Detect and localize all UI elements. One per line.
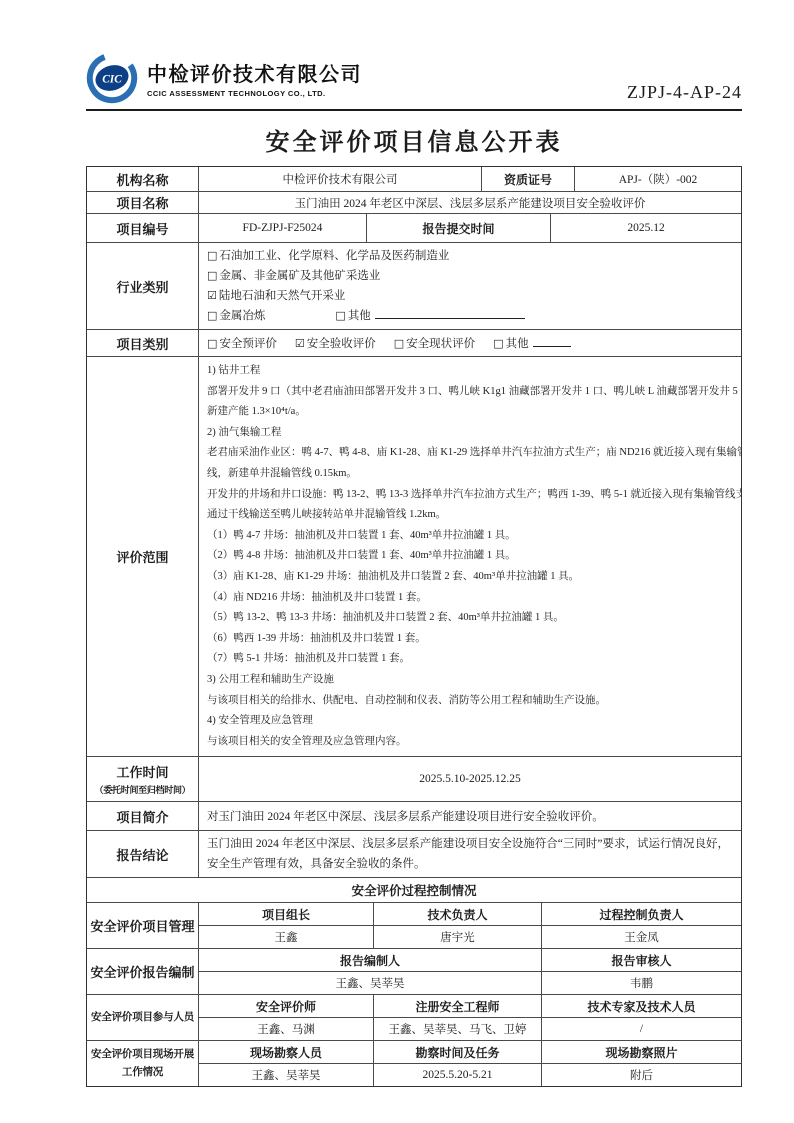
process-banner: 安全评价过程控制情况	[87, 878, 741, 902]
participants-label: 安全评价项目参与人员	[87, 995, 199, 1040]
person-name: /	[542, 1018, 741, 1040]
column-header: 现场勘察照片	[542, 1041, 741, 1063]
row-worktime: 工作时间 （委托时间至归档时间） 2025.5.10-2025.12.25	[87, 757, 741, 802]
row-project-no: 项目编号 FD-ZJPJ-F25024 报告提交时间 2025.12	[87, 214, 741, 243]
row-conclusion: 报告结论 玉门油田 2024 年老区中深层、浅层多层系产能建设项目安全设施符合“…	[87, 831, 741, 878]
worktime-label-main: 工作时间	[116, 762, 168, 781]
scope-line: 老君庙采油作业区：鸭 4-7、鸭 4-8、庙 K1-28、庙 K1-29 选择单…	[207, 443, 741, 464]
person-name: 王金凤	[542, 926, 741, 948]
checkbox-icon: □	[493, 337, 503, 350]
person-name: 王鑫、吴莘昊	[199, 972, 542, 994]
checkbox-icon: □	[394, 337, 404, 350]
brand-block: CIC 中检评价技术有限公司 CCIC ASSESSMENT TECHNOLOG…	[86, 52, 362, 104]
brand-text: 中检评价技术有限公司 CCIC ASSESSMENT TECHNOLOGY CO…	[147, 58, 362, 98]
row-scope: 评价范围 1) 钻井工程 部署开发井 9 口（其中老君庙油田部署开发井 3 口、…	[87, 357, 741, 757]
category-label: 项目类别	[87, 330, 199, 356]
management-grid: 项目组长 技术负责人 过程控制负责人 王鑫 唐宇光 王金凤	[199, 903, 741, 948]
scope-line: （7）鸭 5-1 井场：抽油机及井口装置 1 套。	[207, 649, 410, 670]
scope-line: 2) 油气集输工程	[207, 423, 281, 444]
category-option: □安全现状评价	[394, 335, 475, 351]
worktime-value: 2025.5.10-2025.12.25	[199, 757, 741, 801]
person-name: 唐宇光	[374, 926, 542, 948]
scope-line: 开发井的井场和井口设施：鸭 13-2、鸭 13-3 选择单井汽车拉油方式生产；鸭…	[207, 485, 741, 506]
participants-grid: 安全评价师 注册安全工程师 技术专家及技术人员 王鑫、马渊 王鑫、吴莘昊、马飞、…	[199, 995, 741, 1040]
scope-line: （1）鸭 4-7 井场：抽油机及井口装置 1 套、40m³单井拉油罐 1 具。	[207, 526, 516, 547]
column-header: 注册安全工程师	[374, 995, 542, 1017]
row-compile: 安全评价报告编制 报告编制人 报告审核人 王鑫、吴莘昊 韦鹏	[87, 949, 741, 995]
industry-option: ☑陆地石油和天然气开采业	[207, 286, 345, 306]
site-work-headers: 现场勘察人员 勘察时间及任务 现场勘察照片	[199, 1041, 741, 1064]
industry-option-label: 金属冶炼	[219, 310, 265, 322]
checkbox-checked-icon: ☑	[295, 337, 305, 350]
industry-label: 行业类别	[87, 243, 199, 329]
project-no-value: FD-ZJPJ-F25024	[199, 214, 367, 242]
checkbox-icon: □	[207, 309, 217, 322]
scope-line: （5）鸭 13-2、鸭 13-3 井场：抽油机及井口装置 2 套、40m³单井拉…	[207, 608, 564, 629]
site-work-values: 王鑫、吴莘昊 2025.5.20-5.21 附后	[199, 1064, 741, 1086]
column-header: 报告审核人	[542, 949, 741, 971]
worktime-label-sub: （委托时间至归档时间）	[95, 783, 191, 796]
column-header: 过程控制负责人	[542, 903, 741, 925]
row-intro: 项目简介 对玉门油田 2024 年老区中深层、浅层多层系产能建设项目进行安全验收…	[87, 802, 741, 831]
industry-option: □石油加工业、化学原料、化学品及医药制造业	[207, 246, 449, 266]
person-name: 王鑫、吴莘昊	[199, 1064, 374, 1086]
column-header: 技术专家及技术人员	[542, 995, 741, 1017]
column-header: 安全评价师	[199, 995, 374, 1017]
survey-photo-value: 附后	[542, 1064, 741, 1086]
org-name-label: 机构名称	[87, 167, 199, 191]
compile-grid: 报告编制人 报告审核人 王鑫、吴莘昊 韦鹏	[199, 949, 741, 994]
intro-label: 项目简介	[87, 802, 199, 830]
scope-line: （3）庙 K1-28、庙 K1-29 井场：抽油机及井口装置 2 套、40m³单…	[207, 567, 579, 588]
person-name: 王鑫、吴莘昊、马飞、卫婷	[374, 1018, 542, 1040]
row-participants: 安全评价项目参与人员 安全评价师 注册安全工程师 技术专家及技术人员 王鑫、马渊…	[87, 995, 741, 1041]
scope-line: （2）鸭 4-8 井场：抽油机及井口装置 1 套、40m³单井拉油罐 1 具。	[207, 546, 516, 567]
column-header: 现场勘察人员	[199, 1041, 374, 1063]
document-header: CIC 中检评价技术有限公司 CCIC ASSESSMENT TECHNOLOG…	[86, 52, 742, 104]
category-options: □安全预评价 ☑安全验收评价 □安全现状评价 □其他	[199, 330, 741, 356]
person-name: 王鑫、马渊	[199, 1018, 374, 1040]
submit-time-label: 报告提交时间	[367, 214, 551, 242]
row-category: 项目类别 □安全预评价 ☑安全验收评价 □安全现状评价 □其他	[87, 330, 741, 357]
person-name: 王鑫	[199, 926, 374, 948]
document-page: CIC 中检评价技术有限公司 CCIC ASSESSMENT TECHNOLOG…	[0, 0, 794, 1087]
ccic-logo-icon: CIC	[86, 52, 138, 104]
industry-option-label: 其他	[348, 310, 371, 322]
person-name: 韦鹏	[542, 972, 741, 994]
participants-headers: 安全评价师 注册安全工程师 技术专家及技术人员	[199, 995, 741, 1018]
category-option-label: 安全验收评价	[307, 338, 376, 350]
row-management: 安全评价项目管理 项目组长 技术负责人 过程控制负责人 王鑫 唐宇光 王金凤	[87, 903, 741, 949]
column-header: 勘察时间及任务	[374, 1041, 542, 1063]
category-option-label: 安全现状评价	[406, 338, 475, 350]
cert-no-label: 资质证号	[482, 167, 575, 191]
management-headers: 项目组长 技术负责人 过程控制负责人	[199, 903, 741, 926]
blank-underline	[533, 335, 571, 347]
row-org: 机构名称 中检评价技术有限公司 资质证号 APJ-（陕）-002	[87, 167, 741, 192]
compile-headers: 报告编制人 报告审核人	[199, 949, 741, 972]
category-option: □安全预评价	[207, 335, 277, 351]
scope-line: （6）鸭西 1-39 井场：抽油机及井口装置 1 套。	[207, 629, 426, 650]
row-project-name: 项目名称 玉门油田 2024 年老区中深层、浅层多层系产能建设项目安全验收评价	[87, 192, 741, 214]
row-industry: 行业类别 □石油加工业、化学原料、化学品及医药制造业 □金属、非金属矿及其他矿采…	[87, 243, 741, 330]
category-option: ☑安全验收评价	[295, 335, 376, 351]
compile-values: 王鑫、吴莘昊 韦鹏	[199, 972, 741, 994]
info-table: 机构名称 中检评价技术有限公司 资质证号 APJ-（陕）-002 项目名称 玉门…	[86, 166, 742, 1087]
project-name-value: 玉门油田 2024 年老区中深层、浅层多层系产能建设项目安全验收评价	[199, 192, 741, 213]
site-work-grid: 现场勘察人员 勘察时间及任务 现场勘察照片 王鑫、吴莘昊 2025.5.20-5…	[199, 1041, 741, 1086]
site-work-label: 安全评价项目现场开展工作情况	[87, 1041, 199, 1086]
org-name-value: 中检评价技术有限公司	[199, 167, 482, 191]
industry-option-label: 金属、非金属矿及其他矿采选业	[219, 270, 380, 282]
checkbox-icon: □	[207, 269, 217, 282]
scope-line: 4) 安全管理及应急管理	[207, 711, 313, 732]
checkbox-icon: □	[335, 309, 345, 322]
industry-option: □金属冶炼□其他	[207, 306, 525, 326]
scope-line: 部署开发井 9 口（其中老君庙油田部署开发井 3 口、鸭儿峡 K1g1 油藏部署…	[207, 382, 741, 403]
blank-underline	[375, 307, 525, 319]
scope-line: 通过干线输送至鸭儿峡接转站单井混输管线 1.2km。	[207, 505, 446, 526]
column-header: 技术负责人	[374, 903, 542, 925]
scope-label: 评价范围	[87, 357, 199, 756]
checkbox-checked-icon: ☑	[207, 289, 217, 302]
industry-option-label: 石油加工业、化学原料、化学品及医药制造业	[219, 250, 449, 262]
scope-content: 1) 钻井工程 部署开发井 9 口（其中老君庙油田部署开发井 3 口、鸭儿峡 K…	[199, 357, 741, 756]
category-option-label: 其他	[506, 338, 529, 350]
logo-cic-text: CIC	[102, 73, 122, 85]
category-option-label: 安全预评价	[219, 338, 277, 350]
category-option: □其他	[493, 335, 570, 351]
submit-time-value: 2025.12	[551, 214, 741, 242]
management-label: 安全评价项目管理	[87, 903, 199, 948]
industry-option: □金属、非金属矿及其他矿采选业	[207, 266, 380, 286]
compile-label: 安全评价报告编制	[87, 949, 199, 994]
scope-line: 1) 钻井工程	[207, 361, 260, 382]
participants-values: 王鑫、马渊 王鑫、吴莘昊、马飞、卫婷 /	[199, 1018, 741, 1040]
page-title: 安全评价项目信息公开表	[86, 122, 742, 157]
row-site-work: 安全评价项目现场开展工作情况 现场勘察人员 勘察时间及任务 现场勘察照片 王鑫、…	[87, 1041, 741, 1086]
company-name-en: CCIC ASSESSMENT TECHNOLOGY CO., LTD.	[147, 89, 362, 98]
scope-line: 与该项目相关的给排水、供配电、自动控制和仪表、消防等公用工程和辅助生产设施。	[207, 691, 606, 712]
doc-code: ZJPJ-4-AP-24	[627, 82, 742, 103]
company-name-cn: 中检评价技术有限公司	[147, 58, 362, 87]
header-divider	[86, 109, 742, 111]
project-no-label: 项目编号	[87, 214, 199, 242]
checkbox-icon: □	[207, 249, 217, 262]
industry-options: □石油加工业、化学原料、化学品及医药制造业 □金属、非金属矿及其他矿采选业 ☑陆…	[199, 243, 741, 329]
scope-line: 3) 公用工程和辅助生产设施	[207, 670, 334, 691]
scope-line: 新建产能 1.3×10⁴t/a。	[207, 402, 306, 423]
conclusion-label: 报告结论	[87, 831, 199, 877]
conclusion-value: 玉门油田 2024 年老区中深层、浅层多层系产能建设项目安全设施符合“三同时”要…	[199, 831, 741, 877]
project-name-label: 项目名称	[87, 192, 199, 213]
column-header: 项目组长	[199, 903, 374, 925]
row-process-banner: 安全评价过程控制情况	[87, 878, 741, 903]
cert-no-value: APJ-（陕）-002	[575, 167, 741, 191]
survey-time-value: 2025.5.20-5.21	[374, 1064, 542, 1086]
scope-line: （4）庙 ND216 井场：抽油机及井口装置 1 套。	[207, 588, 427, 609]
worktime-label: 工作时间 （委托时间至归档时间）	[87, 757, 199, 801]
scope-line: 与该项目相关的安全管理及应急管理内容。	[207, 732, 407, 753]
scope-line: 线，新建单井混输管线 0.15km。	[207, 464, 357, 485]
management-values: 王鑫 唐宇光 王金凤	[199, 926, 741, 948]
checkbox-icon: □	[207, 337, 217, 350]
column-header: 报告编制人	[199, 949, 542, 971]
intro-value: 对玉门油田 2024 年老区中深层、浅层多层系产能建设项目进行安全验收评价。	[199, 802, 741, 830]
industry-option-label: 陆地石油和天然气开采业	[219, 290, 346, 302]
